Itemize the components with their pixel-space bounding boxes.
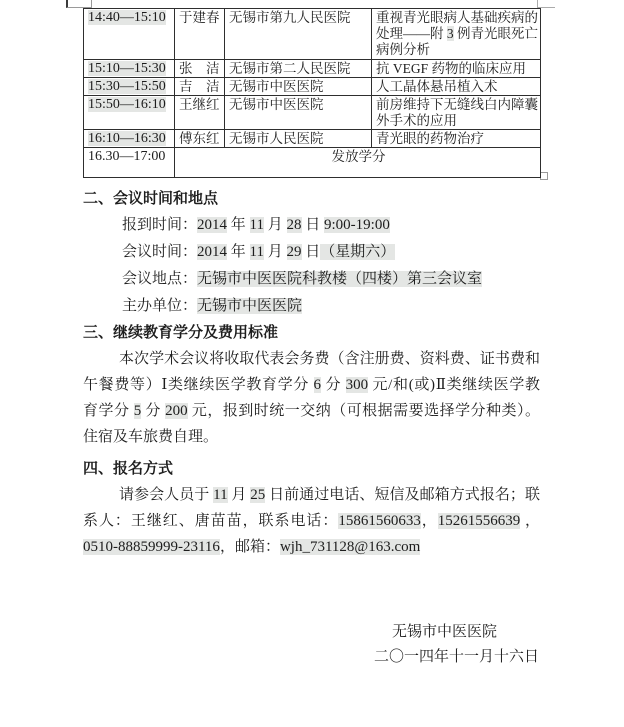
- paragraph-line: 本次学术会议将收取代表会务费（含注册费、资料费、证书费和: [83, 346, 540, 372]
- table-resize-handle: [540, 172, 548, 180]
- topic-line: 前房维持下无缝线白内障囊: [376, 97, 538, 113]
- topic-cell: 重视青光眼病人基础疾病的处理——附 3 例青光眼死亡病例分析: [372, 9, 541, 60]
- field-value-text: 15861560633: [338, 513, 421, 529]
- info-line: 主办单位：无锡市中医医院: [83, 293, 540, 320]
- section-heading: 二、会议时间和地点: [83, 186, 540, 212]
- table-row: 16:10—16:30傅东红无锡市人民医院青光眼的药物治疗: [84, 130, 541, 148]
- plain-text: 报到时间：: [122, 217, 197, 233]
- hospital-cell: 无锡市人民医院: [225, 130, 372, 148]
- time-cell: 15:50—16:10: [84, 96, 175, 130]
- section: 三、继续教育学分及费用标准本次学术会议将收取代表会务费（含注册费、资料费、证书费…: [83, 320, 540, 450]
- section: 二、会议时间和地点报到时间：2014 年 11 月 28 日 9:00-19:0…: [83, 186, 540, 320]
- plain-text: 系人：王继红、唐苗苗，联系电话：: [83, 513, 338, 529]
- field-value-text: 3: [447, 26, 454, 41]
- hospital-cell: 无锡市第九人民医院: [225, 9, 372, 60]
- paragraph-line: 住宿及车旅费自理。: [83, 424, 540, 450]
- plain-text: ，: [520, 513, 540, 529]
- field-value-text: 11: [250, 244, 264, 260]
- field-value-text: 15261556639: [438, 513, 521, 529]
- plain-text: 育学分: [83, 403, 134, 419]
- topic-cell: 抗 VEGF 药物的临床应用: [372, 60, 541, 78]
- hospital-cell: 无锡市第二人民医院: [225, 60, 372, 78]
- plain-text: 会议地点：: [122, 271, 197, 287]
- time-cell: 15:30—15:50: [84, 78, 175, 96]
- info-line: 会议地点：无锡市中医医院科教楼（四楼）第三会议室: [83, 266, 540, 293]
- table-row: 15:50—16:10王继红无锡市中医医院前房维持下无缝线白内障囊外手术的应用: [84, 96, 541, 130]
- time-text: 14:40—15:10: [88, 10, 166, 25]
- plain-text: 年: [227, 244, 250, 260]
- speaker-cell: 张 洁: [175, 60, 225, 78]
- speaker-cell: 傅东红: [175, 130, 225, 148]
- plain-text: 本次学术会议将收取代表会务费（含注册费、资料费、证书费和: [119, 351, 540, 367]
- plain-text: 青光眼的药物治疗: [376, 131, 484, 146]
- hospital-cell: 无锡市中医医院: [225, 96, 372, 130]
- plain-text: 午餐费等）Ⅰ类继续医学教育学分: [83, 377, 314, 393]
- plain-text: 例青光眼死亡: [454, 26, 538, 41]
- plain-text: 病例分析: [376, 42, 430, 57]
- plain-text: 日前通过电话、短信及邮箱方式报名；联: [265, 487, 540, 503]
- field-value-text: wjh_731128@163.com: [280, 539, 420, 555]
- time-text: 16:10—16:30: [88, 131, 166, 146]
- field-value-text: 无锡市中医医院: [197, 298, 302, 314]
- plain-text: 日: [302, 217, 325, 233]
- footer-organization: 无锡市中医医院: [83, 620, 540, 645]
- topic-line: 重视青光眼病人基础疾病的: [376, 10, 538, 26]
- plain-text: 分: [141, 403, 165, 419]
- topic-line: 外手术的应用: [376, 113, 538, 129]
- time-cell: 15:10—15:30: [84, 60, 175, 78]
- plain-text: 请参会人员于: [119, 487, 213, 503]
- topic-cell: 青光眼的药物治疗: [372, 130, 541, 148]
- time-cell: 14:40—15:10: [84, 9, 175, 60]
- time-cell: 16:10—16:30: [84, 130, 175, 148]
- paragraph-line: 育学分 5 分 200 元，报到时统一交纳（可根据需要选择学分种类）。: [83, 398, 540, 424]
- field-value-text: 29: [287, 244, 302, 260]
- plain-text: 元/和(或)Ⅱ类继续医学教: [368, 377, 540, 393]
- schedule-table-body: 14:40—15:10于建春无锡市第九人民医院重视青光眼病人基础疾病的处理——附…: [84, 9, 541, 178]
- paragraph-line: 请参会人员于 11 月 25 日前通过电话、短信及邮箱方式报名；联: [83, 482, 540, 508]
- topic-cell: 人工晶体悬吊植入术: [372, 78, 541, 96]
- paragraph-line: 系人：王继红、唐苗苗，联系电话：15861560633，15261556639 …: [83, 508, 540, 534]
- paragraph-line: 午餐费等）Ⅰ类继续医学教育学分 6 分 300 元/和(或)Ⅱ类继续医学教: [83, 372, 540, 398]
- footer-date: 二〇一四年十一月十六日: [83, 645, 540, 670]
- field-value-text: 11: [250, 217, 264, 233]
- field-value-text: 2014: [197, 217, 227, 233]
- plain-text: 月: [228, 487, 251, 503]
- document-content: 14:40—15:10于建春无锡市第九人民医院重视青光眼病人基础疾病的处理——附…: [83, 0, 540, 670]
- topic-line: 处理——附 3 例青光眼死亡: [376, 26, 538, 42]
- plain-text: 月: [264, 244, 287, 260]
- time-text: 16.30—17:00: [88, 149, 165, 164]
- plain-text: 主办单位：: [122, 298, 197, 314]
- topic-cell: 前房维持下无缝线白内障囊外手术的应用: [372, 96, 541, 130]
- field-value-text: 11: [213, 487, 227, 503]
- plain-text: 元，报到时统一交纳（可根据需要选择学分种类）。: [188, 403, 540, 419]
- field-value-text: 2014: [197, 244, 227, 260]
- document-page: 14:40—15:10于建春无锡市第九人民医院重视青光眼病人基础疾病的处理——附…: [0, 0, 624, 727]
- time-cell: 16.30—17:00: [84, 148, 175, 178]
- field-value-text: 6: [314, 377, 322, 393]
- plain-text: 会议时间：: [122, 244, 197, 260]
- plain-text: 处理——附: [376, 26, 447, 41]
- speaker-cell: 吉 洁: [175, 78, 225, 96]
- plain-text: 分: [321, 377, 346, 393]
- plain-text: 日: [302, 244, 321, 260]
- field-value-text: 无锡市中医医院科教楼（四楼）第三会议室: [197, 271, 482, 287]
- speaker-cell: 于建春: [175, 9, 225, 60]
- plain-text: 外手术的应用: [376, 113, 457, 128]
- table-row: 15:10—15:30张 洁无锡市第二人民医院抗 VEGF 药物的临床应用: [84, 60, 541, 78]
- field-value-text: 25: [250, 487, 265, 503]
- field-value-text: 9:00-19:00: [324, 217, 390, 233]
- topic-line: 青光眼的药物治疗: [376, 131, 538, 147]
- topic-line: 抗 VEGF 药物的临床应用: [376, 61, 538, 77]
- field-value-text: 200: [165, 403, 188, 419]
- plain-text: 人工晶体悬吊植入术: [376, 79, 498, 94]
- section-heading: 三、继续教育学分及费用标准: [83, 320, 540, 346]
- info-line: 报到时间：2014 年 11 月 28 日 9:00-19:00: [83, 212, 540, 239]
- topic-line: 病例分析: [376, 42, 538, 58]
- sections: 二、会议时间和地点报到时间：2014 年 11 月 28 日 9:00-19:0…: [83, 186, 540, 560]
- info-line: 会议时间：2014 年 11 月 29 日（星期六）: [83, 239, 540, 266]
- plain-text: 抗 VEGF 药物的临床应用: [376, 61, 526, 76]
- schedule-table: 14:40—15:10于建春无锡市第九人民医院重视青光眼病人基础疾病的处理——附…: [83, 8, 541, 178]
- plain-text: ，邮箱：: [220, 539, 280, 555]
- table-row: 14:40—15:10于建春无锡市第九人民医院重视青光眼病人基础疾病的处理——附…: [84, 9, 541, 60]
- field-value-text: （星期六）: [320, 244, 395, 260]
- plain-text: 年: [227, 217, 250, 233]
- time-text: 15:30—15:50: [88, 79, 166, 94]
- topic-line: 人工晶体悬吊植入术: [376, 79, 538, 95]
- field-value-text: 300: [346, 377, 369, 393]
- section-heading: 四、报名方式: [83, 456, 540, 482]
- time-text: 15:50—16:10: [88, 97, 166, 112]
- merged-cell: 发放学分: [175, 148, 541, 178]
- paragraph-line: 0510-88859999-23116，邮箱：wjh_731128@163.co…: [83, 534, 540, 560]
- plain-text: 重视青光眼病人基础疾病的: [376, 10, 538, 25]
- plain-text: 住宿及车旅费自理。: [83, 429, 218, 445]
- section: 四、报名方式请参会人员于 11 月 25 日前通过电话、短信及邮箱方式报名；联系…: [83, 456, 540, 560]
- field-value-text: 0510-88859999-23116: [83, 539, 220, 555]
- plain-text: ，: [421, 513, 438, 529]
- time-text: 15:10—15:30: [88, 61, 166, 76]
- plain-text: 前房维持下无缝线白内障囊: [376, 97, 538, 112]
- plain-text: 月: [264, 217, 287, 233]
- table-row: 16.30—17:00发放学分: [84, 148, 541, 178]
- field-value-text: 28: [287, 217, 302, 233]
- speaker-cell: 王继红: [175, 96, 225, 130]
- hospital-cell: 无锡市中医医院: [225, 78, 372, 96]
- table-row: 15:30—15:50吉 洁无锡市中医医院人工晶体悬吊植入术: [84, 78, 541, 96]
